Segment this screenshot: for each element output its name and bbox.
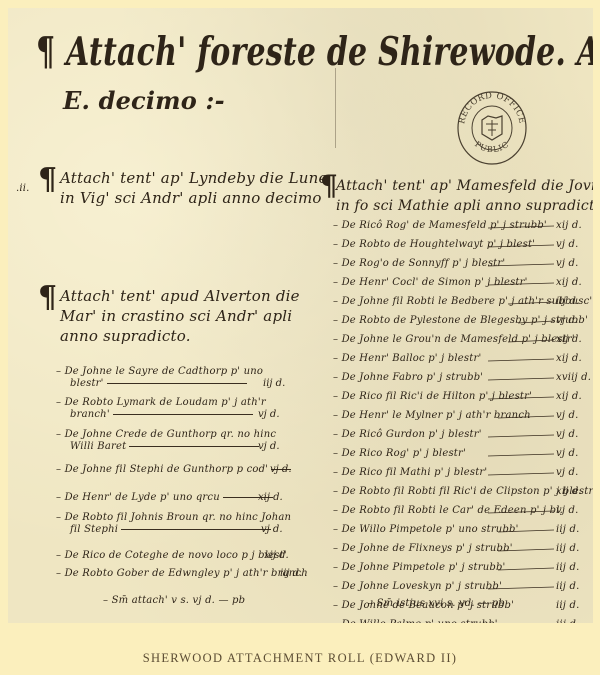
amount: vj d. [556,429,593,441]
right-section-heading: ¶ Attach' tent' ap' Mamesfeld die Jovis … [320,176,593,216]
amount: xij d. [556,334,593,346]
list-item: – De Johne fil Stephi de Gunthorp p cod' [56,464,294,476]
plate-caption: SHERWOOD ATTACHMENT ROLL (EDWARD II) [0,651,600,666]
amount: vj d. [258,409,280,420]
roll-title-line2: E. decimo :- [63,86,225,115]
right-amounts: xij d. vj d. vj d. xij d. iij d. vj d. x… [556,220,593,496]
amount: xij d. [556,277,593,289]
amount: vj d. [556,505,593,517]
amount: iij d. [556,524,593,536]
amount: xij d. [556,486,593,498]
pilcrow-icon: ¶ [36,30,55,76]
amount: xviij d. [556,372,593,384]
list-item: – De Robto Gober de Edwngley p' j ath'r … [56,568,308,580]
list-item: – De Robto fil Johnis Broun qr. no hinc … [56,512,291,536]
pilcrow-icon: ¶ [320,176,338,196]
left-section-1-heading: ¶ Attach' tent' ap' Lyndeby die Lune in … [38,168,328,208]
list-item: – De Johne le Sayre de Cadthorp p' uno b… [56,366,263,390]
amount: vj d. [556,448,593,460]
amount: iij d. [556,619,593,623]
amount: vj d. [556,410,593,422]
stamp-seal-icon: RECORD OFFICE PUBLIC [452,86,532,166]
svg-text:PUBLIC: PUBLIC [473,140,511,155]
list-item: – De Johne Crede de Gunthorp qr. no hinc… [56,429,276,453]
amount: iij d. [263,378,285,389]
amount: iij d. [556,581,593,593]
amount: iij d. [280,568,302,579]
amount: xij d. [556,220,593,232]
pilcrow-icon: ¶ [38,170,57,190]
amount: xij d. [258,492,283,503]
amount: iij d. [556,543,593,555]
pilcrow-icon: ¶ [38,288,57,308]
list-item: – De Robto Lymark de Loudam p' j ath'r b… [56,397,266,421]
amount: xij d. [556,391,593,403]
amount: iij d. [556,600,593,612]
list-item: – De Rico de Coteghe de novo loco p j bl… [56,550,287,562]
amount: vj d. [270,464,292,475]
svg-text:RECORD OFFICE: RECORD OFFICE [457,91,527,125]
amount: vj d. [556,467,593,479]
list-item: – De Henr' de Lyde p' uno qrcu [56,492,276,504]
left-summa: – Sm̄ attach' v s. vj d. — pb [103,595,245,607]
amount: vj d. [261,524,283,535]
amount: vj d. [556,315,593,327]
amount: vj d. [258,441,280,452]
left-section-2-heading: ¶ Attach' tent' apud Alverton die Mar' i… [38,286,300,346]
membrane-seam [335,68,336,148]
amount: iij d. [556,296,593,308]
amount: iij d. [556,562,593,574]
amount: vj d. [556,239,593,251]
right-summa: – Sm̄ istius xvi s. vd. — pb [368,598,505,610]
amount: xij d. [264,550,289,561]
public-record-office-stamp: RECORD OFFICE PUBLIC [452,86,532,166]
amount: xij d. [556,353,593,365]
amount: vj d. [556,258,593,270]
ruled-lines [488,220,558,590]
list-item: – De Willo Palme p' uno strubb' [333,619,593,623]
manuscript-plate: ¶ Attach' foreste de Shirewode. Anno ij°… [8,8,593,623]
margin-note: .ii. [16,183,30,194]
roll-title-line1: ¶ Attach' foreste de Shirewode. Anno ij°… [36,30,593,76]
